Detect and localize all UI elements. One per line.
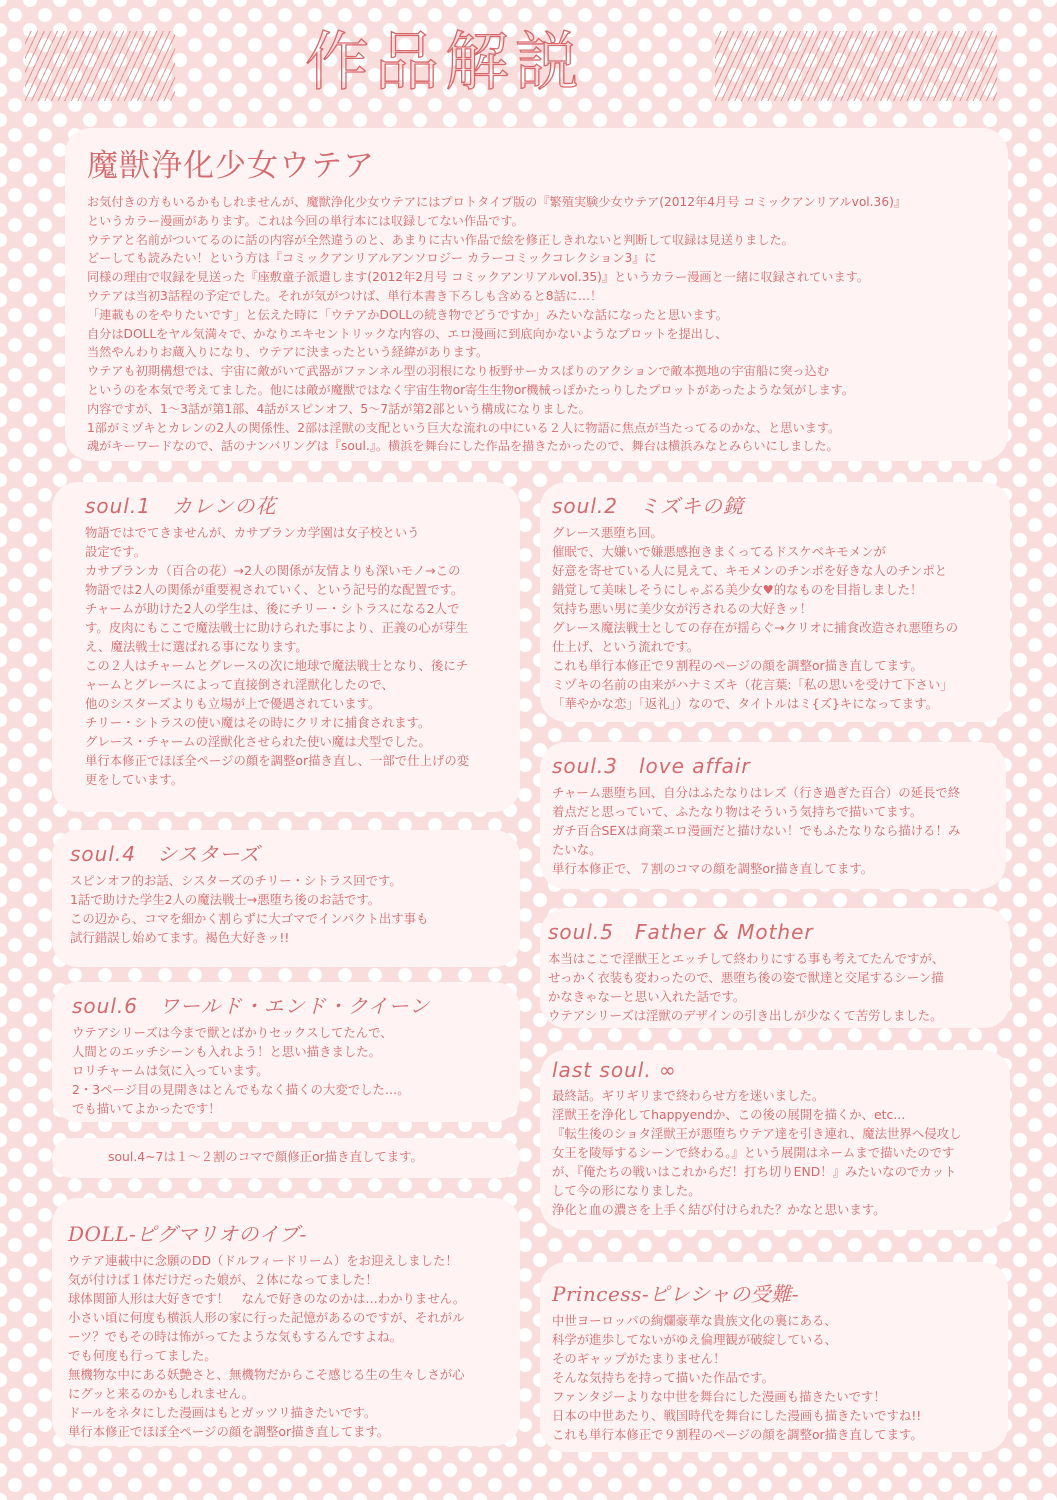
section-body: グレース悪堕ち回。 催眠で、大嫌いで嫌悪感抱きまくってるドスケベキモメンが 好意…	[552, 523, 998, 713]
section-title: DOLL-ピグマリオのイブ-	[68, 1218, 508, 1247]
section-title: soul.4 シスターズ	[70, 838, 508, 867]
section-soul1: soul.1 カレンの花 物語ではでてきませんが、カサブランカ学園は女子校という…	[52, 482, 520, 812]
section-title: soul.6 ワールド・エンド・クイーン	[72, 990, 508, 1019]
intro-section: 魔獣浄化少女ウテア お気付きの方もいるかもしれませんが、魔獣浄化少女ウテアにはプ…	[65, 128, 1008, 461]
stripe-decoration-left	[25, 31, 175, 101]
section-body: 中世ヨーロッパの絢爛豪華な貴族文化の裏にある、 科学が進歩してないがゆえ倫理観が…	[552, 1311, 996, 1444]
section-princess: Princess-ピレシャの受難- 中世ヨーロッパの絢爛豪華な貴族文化の裏にある…	[540, 1262, 1008, 1452]
section-body: チャーム悪堕ち回、自分はふたなりはレズ（行き過ぎた百合）の延長で終 着点だと思っ…	[552, 783, 994, 878]
stripe-decoration-right	[715, 31, 997, 101]
note-text: soul.4~7は１～２割のコマで顔修正or描き直してます。	[108, 1147, 508, 1166]
intro-body: お気付きの方もいるかもしれませんが、魔獣浄化少女ウテアにはプロトタイプ版の『繁殖…	[87, 193, 988, 456]
section-body: 物語ではでてきませんが、カサブランカ学園は女子校という 設定です。 カサブランカ…	[85, 523, 502, 789]
section-last-soul: last soul. ∞ 最終話。ギリギリまで終わらせ方を迷いました。 淫獣王を…	[540, 1050, 1010, 1230]
section-title: last soul. ∞	[552, 1058, 998, 1082]
section-title: soul.3 love affair	[552, 750, 994, 779]
section-body: ウテア連載中に念願のDD（ドルフィードリーム）をお迎えしました！ 気が付けば１体…	[68, 1251, 508, 1441]
page-header: 作品解説	[0, 18, 1057, 108]
section-body: ウテアシリーズは今まで獣とばかりセックスしてたんで、 人間とのエッチシーンも入れ…	[72, 1023, 508, 1118]
section-body: スピンオフ的お話、シスターズのチリー・シトラス回です。 1話で助けた学生2人の魔…	[70, 871, 508, 947]
section-soul4: soul.4 シスターズ スピンオフ的お話、シスターズのチリー・シトラス回です。…	[52, 830, 520, 967]
section-soul6: soul.6 ワールド・エンド・クイーン ウテアシリーズは今まで獣とばかりセック…	[52, 982, 520, 1122]
section-body: 本当はここで淫獣王とエッチして終わりにする事も考えてたんですが、 せっかく衣装も…	[548, 949, 998, 1025]
section-title: soul.1 カレンの花	[85, 490, 502, 519]
section-body: 最終話。ギリギリまで終わらせ方を迷いました。 淫獣王を浄化してhappyendか…	[552, 1086, 998, 1219]
section-title: Princess-ピレシャの受難-	[552, 1278, 996, 1307]
page-title: 作品解説	[185, 18, 705, 108]
section-soul5: soul.5 Father & Mother 本当はここで淫獣王とエッチして終わ…	[540, 908, 1010, 1028]
intro-title: 魔獣浄化少女ウテア	[87, 140, 988, 185]
section-title: soul.2 ミズキの鏡	[552, 490, 998, 519]
section-soul3: soul.3 love affair チャーム悪堕ち回、自分はふたなりはレズ（行…	[540, 742, 1006, 889]
revision-note: soul.4~7は１～２割のコマで顔修正or描き直してます。	[52, 1138, 520, 1178]
section-soul2: soul.2 ミズキの鏡 グレース悪堕ち回。 催眠で、大嫌いで嫌悪感抱きまくって…	[540, 482, 1010, 722]
section-title: soul.5 Father & Mother	[548, 916, 998, 945]
section-doll: DOLL-ピグマリオのイブ- ウテア連載中に念願のDD（ドルフィードリーム）をお…	[52, 1198, 520, 1446]
